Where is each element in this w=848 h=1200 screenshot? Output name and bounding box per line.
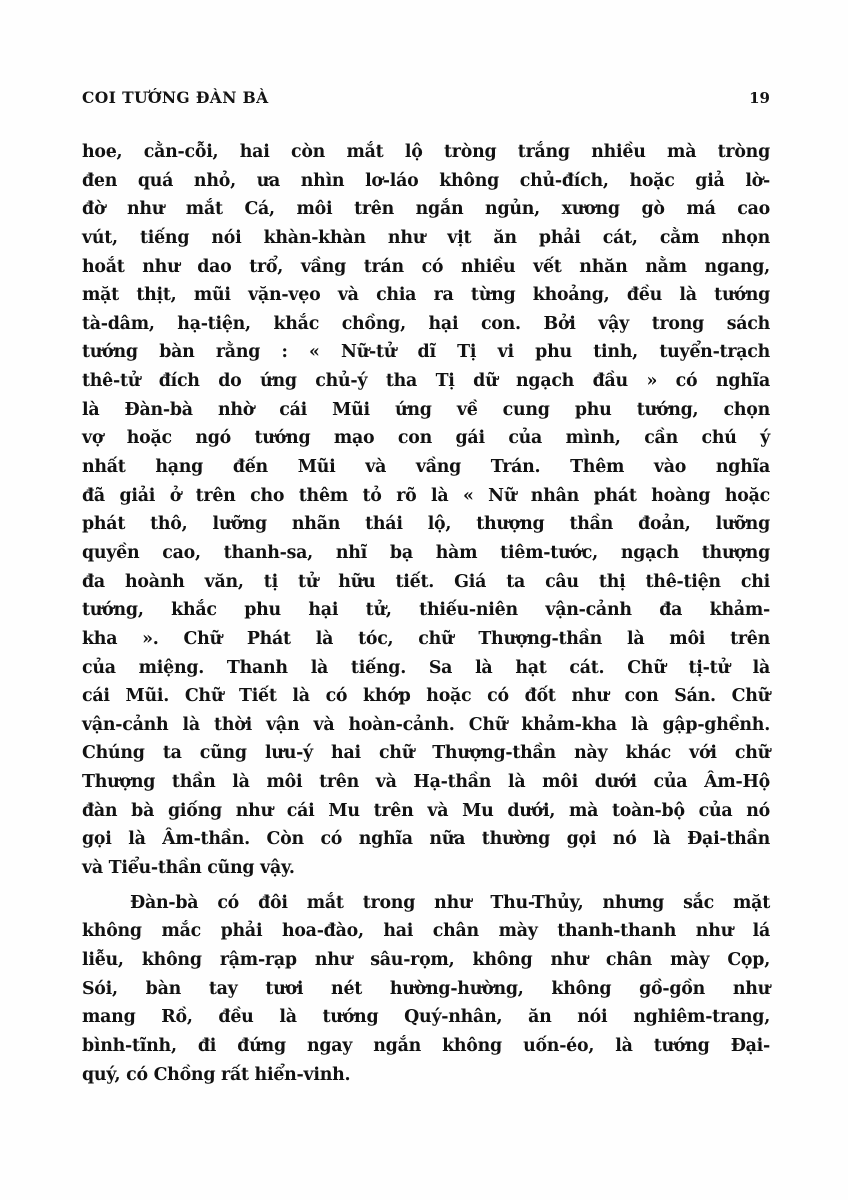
body-text: hoe, cằn-cỗi, hai còn mắt lộ tròng trắng… xyxy=(82,138,770,1089)
text-line: không mắc phải hoa-đào, hai chân mày tha… xyxy=(82,917,770,946)
text-line: liễu, không rậm-rạp như sâu-rọm, không n… xyxy=(82,946,770,975)
text-line: hoe, cằn-cỗi, hai còn mắt lộ tròng trắng… xyxy=(82,138,770,167)
text-line: đen quá nhỏ, ưa nhìn lơ-láo không chủ-đí… xyxy=(82,167,770,196)
text-line: và Tiểu-thần cũng vậy. xyxy=(82,854,770,883)
text-line: bình-tĩnh, đi đứng ngay ngắn không uốn-é… xyxy=(82,1032,770,1061)
text-line: đa hoành văn, tị tử hữu tiết. Giá ta câu… xyxy=(82,568,770,597)
text-line: quyền cao, thanh-sa, nhĩ bạ hàm tiêm-tướ… xyxy=(82,539,770,568)
page-number: 19 xyxy=(749,89,770,107)
text-line: đã giải ở trên cho thêm tỏ rõ là « Nữ nh… xyxy=(82,482,770,511)
running-title: COI TƯỚNG ĐÀN BÀ xyxy=(82,88,269,107)
paragraph-1: hoe, cằn-cỗi, hai còn mắt lộ tròng trắng… xyxy=(82,138,770,883)
text-line: tướng bàn rằng : « Nữ-tử dĩ Tị vi phu ti… xyxy=(82,338,770,367)
text-line: tướng, khắc phu hại tử, thiếu-niên vận-c… xyxy=(82,596,770,625)
text-line: là Đàn-bà nhờ cái Mũi ứng về cung phu tư… xyxy=(82,396,770,425)
text-line: quý, có Chồng rất hiển-vinh. xyxy=(82,1061,770,1090)
text-line: đờ như mắt Cá, môi trên ngắn ngủn, xương… xyxy=(82,195,770,224)
text-line: kha ». Chữ Phát là tóc, chữ Thượng-thần … xyxy=(82,625,770,654)
text-line: phát thô, lưỡng nhãn thái lộ, thượng thầ… xyxy=(82,510,770,539)
text-line: Đàn-bà có đôi mắt trong như Thu-Thủy, nh… xyxy=(82,889,770,918)
text-line: nhất hạng đến Mũi và vầng Trán. Thêm vào… xyxy=(82,453,770,482)
text-line: hoắt như dao trổ, vầng trán có nhiều vết… xyxy=(82,253,770,282)
text-line: vợ hoặc ngó tướng mạo con gái của mình, … xyxy=(82,424,770,453)
text-line: của miệng. Thanh là tiếng. Sa là hạt cát… xyxy=(82,654,770,683)
text-line: thê-tử đích do ứng chủ-ý tha Tị dữ ngạch… xyxy=(82,367,770,396)
text-line: Sói, bàn tay tươi nét hường-hường, không… xyxy=(82,975,770,1004)
running-header: COI TƯỚNG ĐÀN BÀ 19 xyxy=(82,88,770,112)
text-line: tà-dâm, hạ-tiện, khắc chồng, hại con. Bở… xyxy=(82,310,770,339)
text-line: vận-cảnh là thời vận và hoàn-cảnh. Chữ k… xyxy=(82,711,770,740)
paragraph-2: Đàn-bà có đôi mắt trong như Thu-Thủy, nh… xyxy=(82,889,770,1089)
book-page: COI TƯỚNG ĐÀN BÀ 19 hoe, cằn-cỗi, hai cò… xyxy=(0,0,848,1200)
text-line: mặt thịt, mũi vặn-vẹo và chia ra từng kh… xyxy=(82,281,770,310)
text-line: vút, tiếng nói khàn-khàn như vịt ăn phải… xyxy=(82,224,770,253)
text-line: cái Mũi. Chữ Tiết là có khớp hoặc có đốt… xyxy=(82,682,770,711)
text-line: mang Rồ, đều là tướng Quý-nhân, ăn nói n… xyxy=(82,1003,770,1032)
text-line: gọi là Âm-thần. Còn có nghĩa nữa thường … xyxy=(82,825,770,854)
text-line: đàn bà giống như cái Mu trên và Mu dưới,… xyxy=(82,797,770,826)
text-line: Chúng ta cũng lưu-ý hai chữ Thượng-thần … xyxy=(82,739,770,768)
text-line: Thượng thần là môi trên và Hạ-thần là mô… xyxy=(82,768,770,797)
